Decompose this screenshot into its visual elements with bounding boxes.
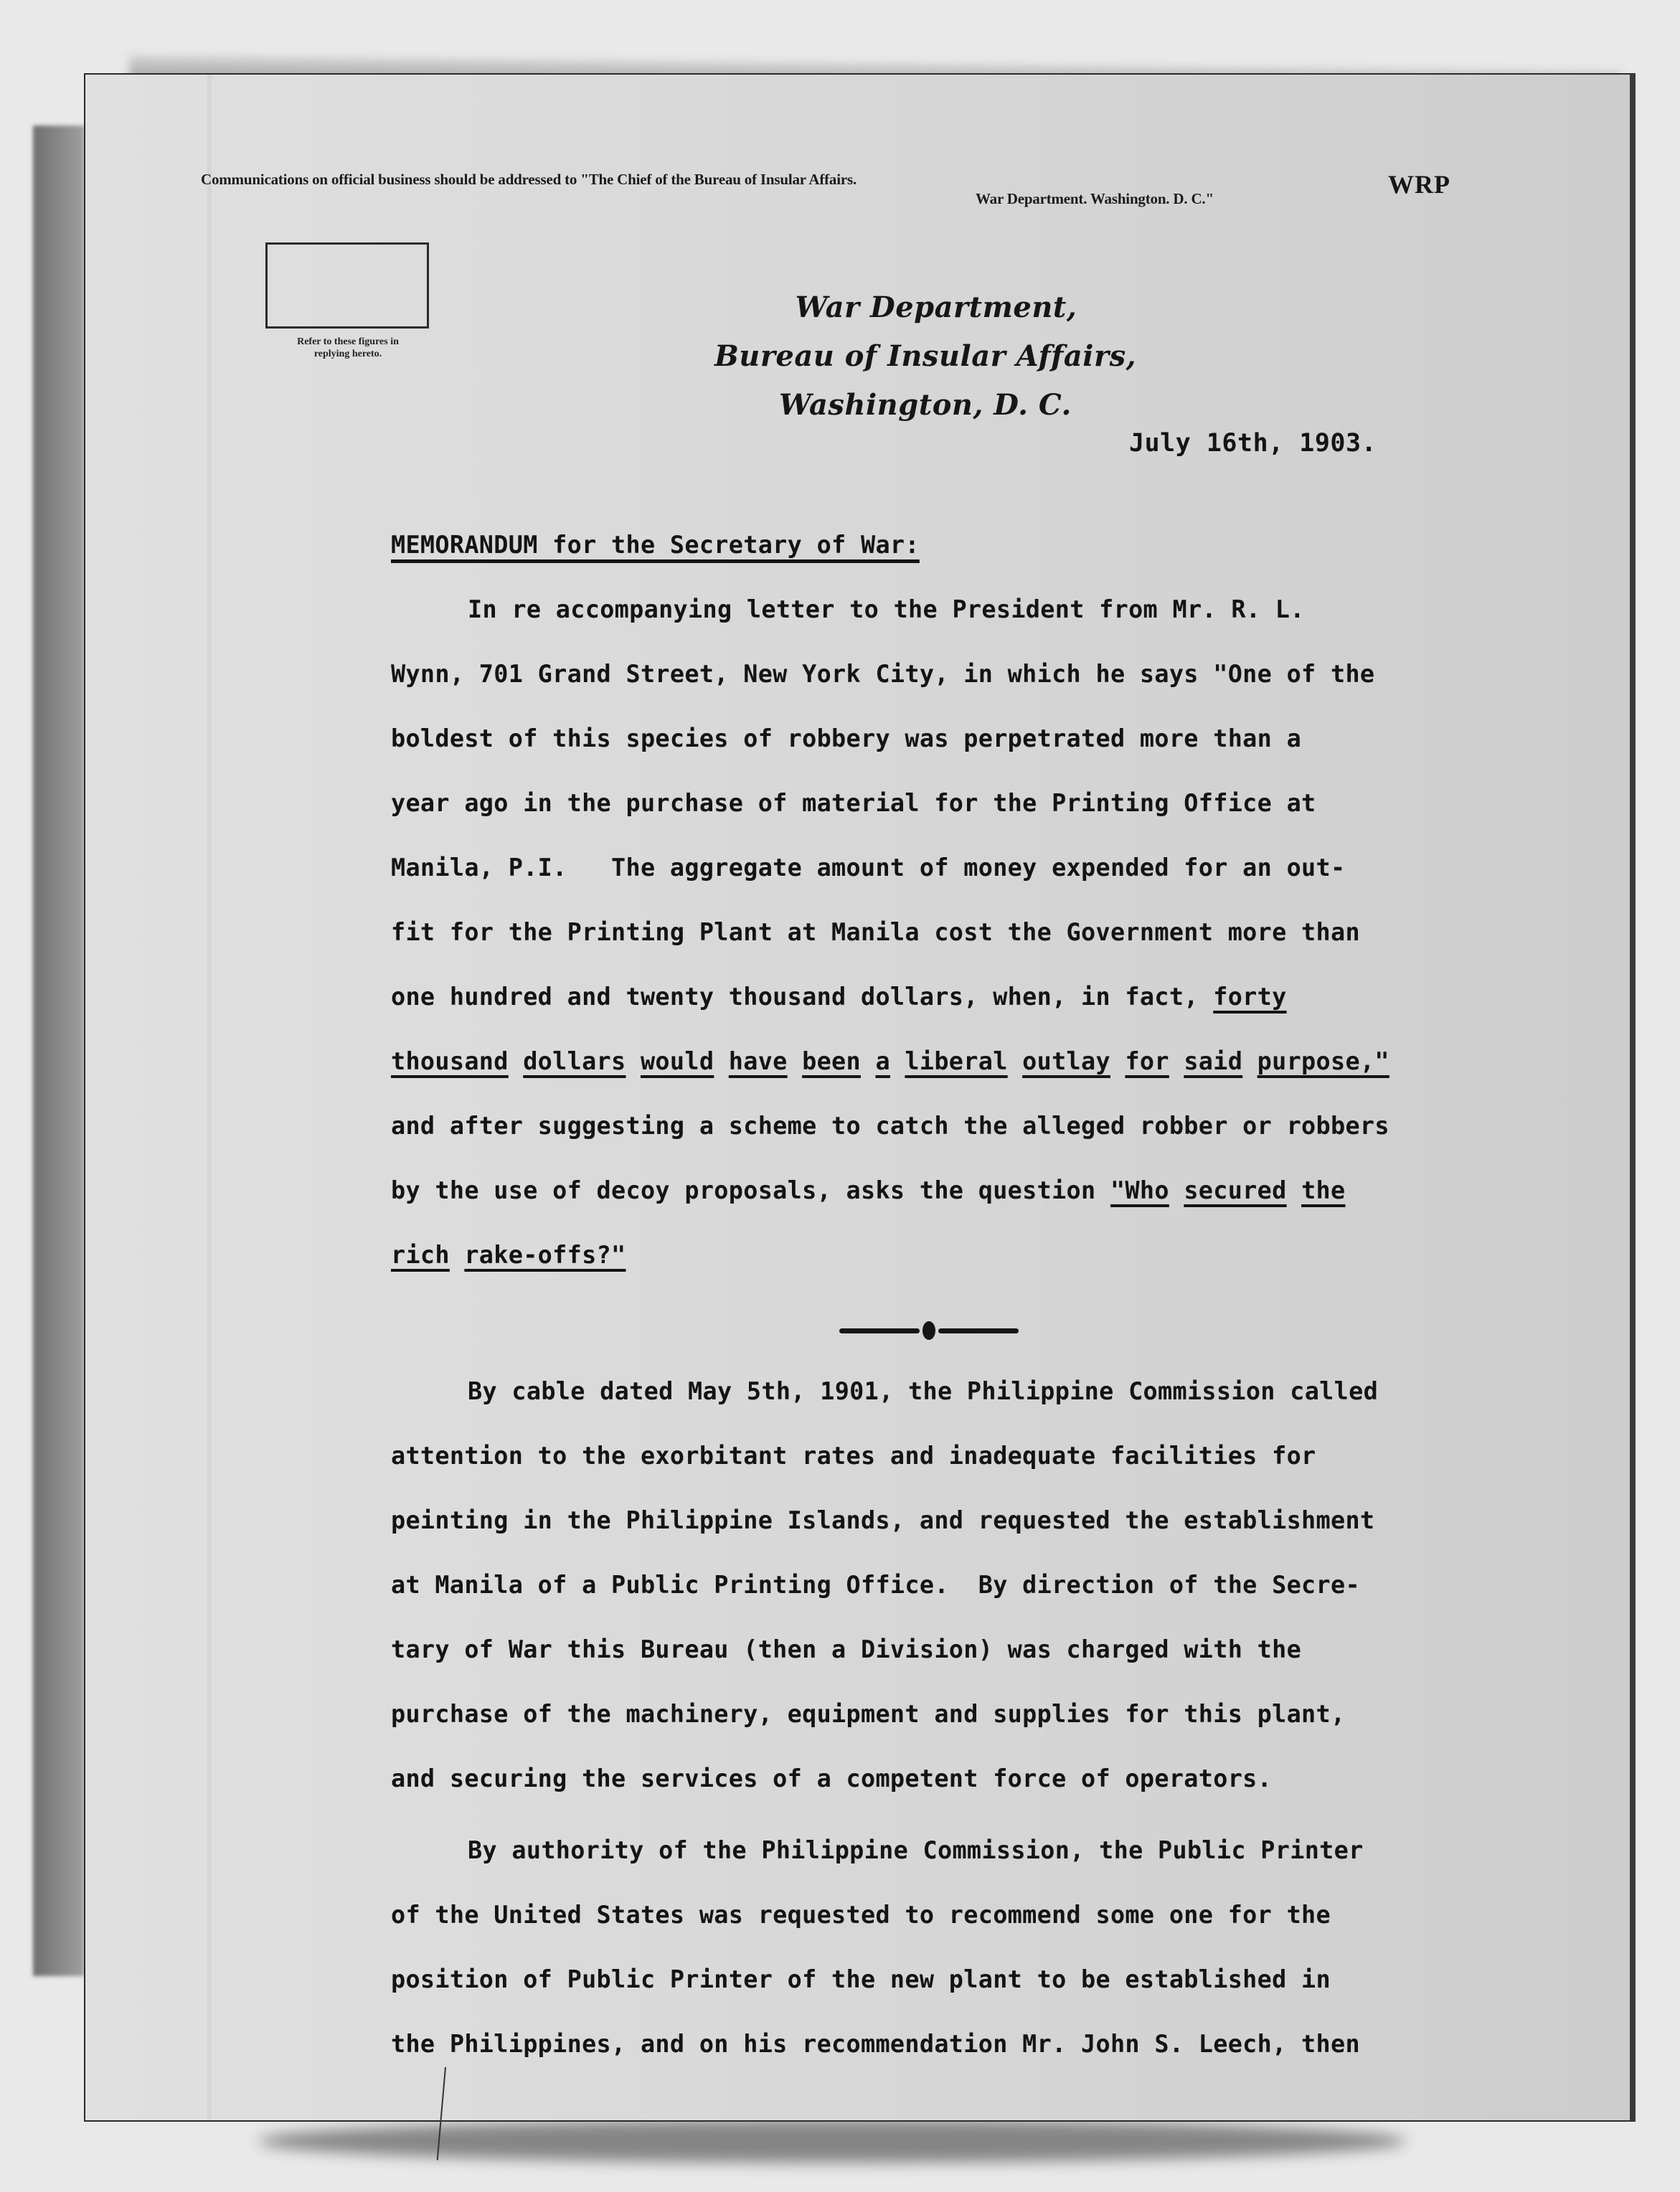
para2-line-2: attention to the exorbitant rates and in… [391, 1442, 1316, 1470]
para1-line-7: one hundred and twenty thousand dollars,… [391, 983, 1287, 1011]
underlined-word: been [802, 1047, 861, 1075]
para3-line-4: the Philippines, and on his recommendati… [391, 2030, 1360, 2058]
memo-date: July 16th, 1903. [1129, 429, 1377, 458]
underlined-word: outlay [1022, 1047, 1110, 1075]
para1-line-10-plain: by the use of decoy proposals, asks the … [391, 1176, 1110, 1204]
underlined-phrase-forty: forty [1213, 983, 1286, 1011]
memo-heading: MEMORANDUM for the Secretary of War: [391, 531, 920, 559]
para1-line-9: and after suggesting a scheme to catch t… [391, 1112, 1389, 1140]
section-separator [839, 1326, 1019, 1336]
underlined-word: rich [391, 1241, 450, 1269]
para2-line-5: tary of War this Bureau (then a Division… [391, 1635, 1301, 1663]
underlined-word: "Who [1110, 1176, 1169, 1204]
para1-line-3: boldest of this species of robbery was p… [391, 724, 1301, 752]
underlined-word: purpose," [1257, 1047, 1389, 1075]
underlined-word: liberal [905, 1047, 1007, 1075]
para1-line-2: Wynn, 701 Grand Street, New York City, i… [391, 660, 1374, 688]
underlined-word: for [1125, 1047, 1169, 1075]
para1-line-4: year ago in the purchase of material for… [391, 789, 1316, 817]
letterhead-department: War Department, [674, 283, 1176, 332]
underlined-word: dollars [523, 1047, 626, 1075]
letterhead-bureau: Bureau of Insular Affairs, [674, 332, 1176, 381]
underlined-word: said [1184, 1047, 1242, 1075]
para2-line-6: purchase of the machinery, equipment and… [391, 1700, 1345, 1728]
underlined-word: the [1301, 1176, 1345, 1204]
separator-dot [922, 1321, 935, 1340]
letterhead-location: Washington, D. C. [674, 381, 1176, 430]
underlined-word: secured [1184, 1176, 1286, 1204]
separator-dash [839, 1328, 920, 1333]
underlined-word: a [875, 1047, 889, 1075]
reference-number-box [265, 242, 429, 329]
para1-line-6: fit for the Printing Plant at Manila cos… [391, 918, 1360, 946]
para1-line-8-underlined: thousand dollars would have been a liber… [391, 1047, 1389, 1075]
para2-line-1: By cable dated May 5th, 1901, the Philip… [468, 1377, 1378, 1405]
correspondence-instruction-line-2: War Department. Washington. D. C." [976, 190, 1214, 208]
para2-line-7: and securing the services of a competent… [391, 1765, 1272, 1792]
para1-line-11: rich rake-offs?" [391, 1241, 626, 1269]
para1-line-1: In re accompanying letter to the Preside… [468, 595, 1305, 623]
para3-line-1: By authority of the Philippine Commissio… [468, 1836, 1364, 1864]
para2-line-3: peinting in the Philippine Islands, and … [391, 1506, 1374, 1534]
letterhead: War Department, Bureau of Insular Affair… [674, 283, 1176, 430]
reference-box-caption: Refer to these figures in replying heret… [258, 336, 438, 360]
reference-caption-line-2: replying hereto. [258, 348, 438, 360]
para3-line-3: position of Public Printer of the new pl… [391, 1965, 1331, 1993]
underlined-word: have [729, 1047, 788, 1075]
paper-bottom-shadow [258, 2120, 1406, 2163]
para3-line-2: of the United States was requested to re… [391, 1901, 1331, 1929]
underlined-word: would [641, 1047, 714, 1075]
underlined-word: thousand [391, 1047, 509, 1075]
paper-fold-mark [207, 75, 212, 2120]
para2-line-4: at Manila of a Public Printing Office. B… [391, 1571, 1360, 1599]
separator-dash [938, 1328, 1019, 1333]
file-code-initials: WRP [1388, 169, 1450, 199]
para1-line-5: Manila, P.I. The aggregate amount of mon… [391, 854, 1345, 882]
underlined-word: rake-offs?" [464, 1241, 626, 1269]
reference-caption-line-1: Refer to these figures in [258, 336, 438, 348]
para1-line-10: by the use of decoy proposals, asks the … [391, 1176, 1345, 1204]
para1-line-7-plain: one hundred and twenty thousand dollars,… [391, 983, 1213, 1011]
correspondence-instruction-line-1: Communications on official business shou… [201, 171, 856, 189]
paper-left-shadow [33, 126, 85, 1976]
